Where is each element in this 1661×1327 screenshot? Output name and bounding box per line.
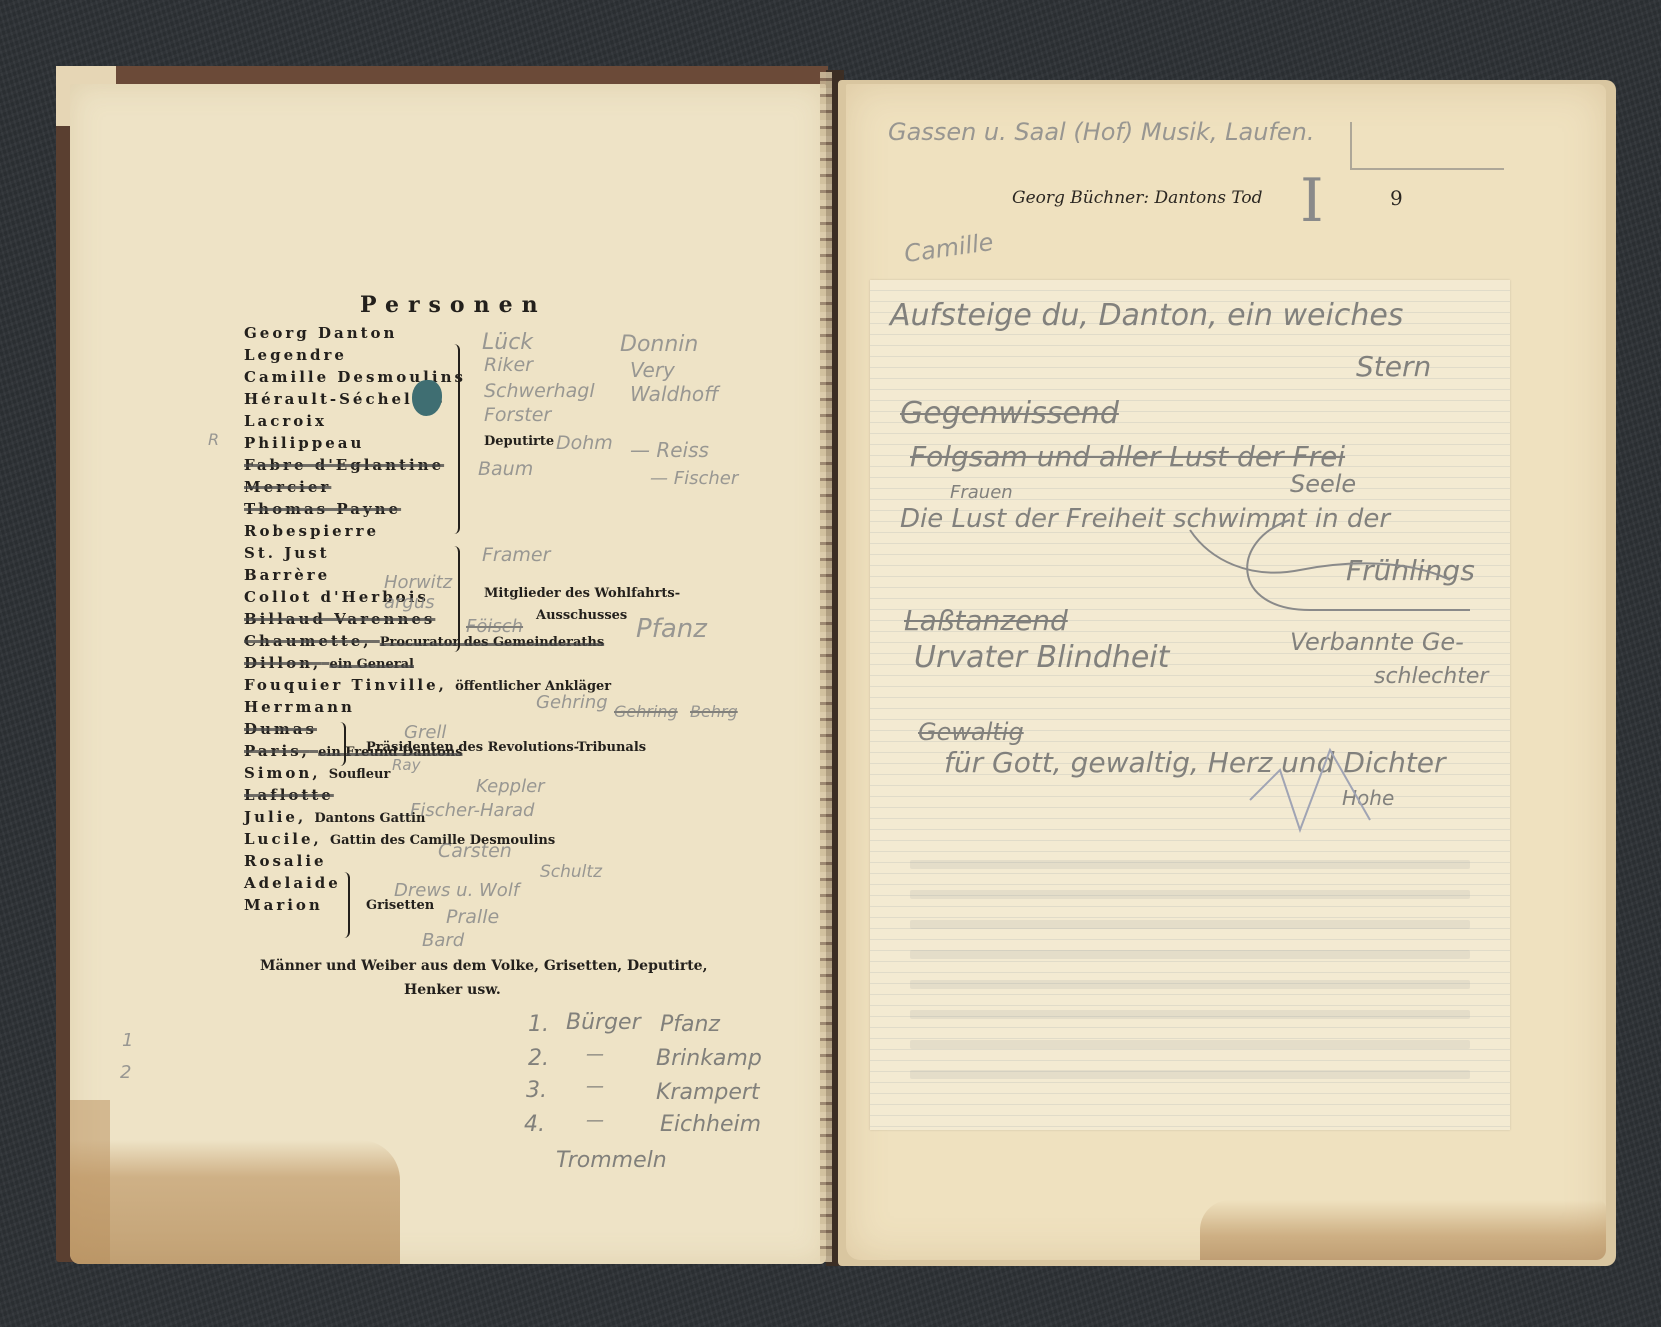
page-number: 9 — [1390, 186, 1403, 210]
pencil-note: argus — [384, 592, 435, 613]
pencil-draft-line: Seele — [1290, 470, 1356, 498]
faded-print-line — [910, 1010, 1470, 1019]
pencil-list-number: 4. — [524, 1112, 545, 1137]
cast-name: Paris, — [244, 742, 310, 760]
pencil-note: Dohm — [556, 432, 613, 454]
cast-name: Chaumette, — [244, 632, 372, 650]
running-head: Georg Büchner: Dantons Tod — [1012, 188, 1262, 208]
cast-entry: Lacroix — [244, 412, 327, 430]
pencil-top-note: Gassen u. Saal (Hof) Musik, Laufen. — [888, 118, 1314, 146]
pencil-note: Framer — [482, 544, 550, 566]
pencil-note: Carsten — [438, 840, 512, 862]
pencil-list-actor: Pfanz — [660, 1012, 720, 1037]
cast-description: Procurator des Gemeinderaths — [380, 635, 604, 650]
pencil-draft-line: Laßtanzend — [904, 604, 1068, 637]
pencil-curve-sketch — [1170, 500, 1610, 860]
cast-entry: Robespierre — [244, 522, 379, 540]
pencil-note: — Fischer — [650, 468, 738, 489]
group-label-committee: Ausschusses — [536, 608, 627, 623]
supporting-cast-line: Henker usw. — [404, 982, 501, 998]
cast-description: Dantons Gattin — [314, 811, 425, 826]
faded-print-line — [910, 860, 1470, 869]
pencil-note: Horwitz — [384, 572, 452, 593]
cast-name: Thomas Payne — [244, 500, 401, 518]
faded-print-line — [910, 890, 1470, 899]
brace-deputies — [450, 344, 460, 534]
page-title: Personen — [360, 292, 547, 318]
supporting-cast-line: Männer und Weiber aus dem Volke, Grisett… — [260, 958, 707, 974]
water-stain — [70, 1140, 400, 1264]
cast-name: Philippeau — [244, 434, 364, 452]
pencil-box-sketch — [1350, 122, 1504, 170]
faded-print-line — [910, 980, 1470, 989]
pencil-draft-line: Gewaltig — [918, 718, 1024, 746]
cast-entry: Legendre — [244, 346, 347, 364]
cast-entry: Philippeau — [244, 434, 364, 452]
spine-binding-threads — [820, 72, 832, 1262]
faded-print-line — [910, 950, 1470, 959]
cast-name: Fouquier Tinville, — [244, 676, 447, 694]
faded-print-line — [910, 920, 1470, 929]
pencil-note: Ray — [392, 756, 421, 774]
cast-entry-struck: Laflotte — [244, 786, 334, 804]
cast-entry-struck: Dillon, ein General — [244, 654, 414, 672]
pencil-note: Föisch — [466, 616, 523, 637]
pencil-note: Keppler — [476, 776, 545, 797]
cast-entry: Herrmann — [244, 698, 355, 716]
pencil-draft-line: Stern — [1356, 350, 1431, 383]
pencil-note: Donnin — [620, 332, 698, 357]
pencil-note: Pfanz — [636, 614, 707, 644]
pencil-list-role: Bürger — [566, 1010, 641, 1035]
pencil-note: Fischer-Harad — [410, 800, 534, 821]
pencil-note: Gehring — [536, 692, 608, 713]
cast-entry-struck: Chaumette, Procurator des Gemeinderaths — [244, 632, 604, 650]
brace-tribunal — [336, 722, 346, 766]
cast-entry: St. Just — [244, 544, 330, 562]
cast-name: Legendre — [244, 346, 347, 364]
pencil-note-struck: Gehring — [614, 702, 678, 721]
pencil-draft-line: Gegenwissend — [900, 396, 1119, 431]
cast-name: Barrère — [244, 566, 330, 584]
cast-name: Fabre d'Eglantine — [244, 456, 444, 474]
cast-entry-struck: Mercier — [244, 478, 331, 496]
cast-entry: Adelaide — [244, 874, 341, 892]
pencil-note: Lück — [482, 330, 533, 355]
pencil-draft-line: Frauen — [950, 482, 1013, 503]
cast-entry: Barrère — [244, 566, 330, 584]
cast-name: Herrmann — [244, 698, 355, 716]
cast-name: Julie, — [244, 808, 306, 826]
faded-print-line — [910, 1070, 1470, 1079]
cast-name: Georg Danton — [244, 324, 397, 342]
cast-entry: Simon, Soufleur — [244, 764, 390, 782]
cast-entry: Marion — [244, 896, 323, 914]
pencil-list-actor: Krampert — [656, 1080, 760, 1105]
pencil-note: Drews u. Wolf — [394, 880, 519, 901]
pencil-note: Grell — [404, 722, 446, 743]
cast-name: Marion — [244, 896, 323, 914]
brace-grisettes — [340, 872, 350, 938]
pencil-note: Bard — [422, 930, 464, 951]
pencil-list-number: 2. — [528, 1046, 549, 1071]
cast-entry-struck: Fabre d'Eglantine — [244, 456, 444, 474]
cast-description: Soufleur — [329, 767, 391, 782]
pencil-note: — Reiss — [630, 438, 709, 462]
pencil-list-actor: Eichheim — [660, 1112, 761, 1137]
water-stain — [1200, 1200, 1606, 1260]
pencil-note: Pralle — [446, 906, 499, 928]
pencil-draft-line: Urvater Blindheit — [914, 640, 1169, 675]
cast-name: St. Just — [244, 544, 330, 562]
cast-entry: Rosalie — [244, 852, 327, 870]
cast-name: Laflotte — [244, 786, 334, 804]
cast-name: Mercier — [244, 478, 331, 496]
cast-entry-struck: Thomas Payne — [244, 500, 401, 518]
left-cover-edge — [56, 66, 828, 84]
cast-name: Simon, — [244, 764, 321, 782]
faded-print-line — [910, 1040, 1470, 1049]
pencil-note: Schultz — [540, 862, 602, 882]
pencil-note: Baum — [478, 458, 533, 480]
pencil-margin-mark: R — [208, 430, 219, 449]
pencil-note: Forster — [484, 404, 551, 426]
pencil-note: Riker — [484, 354, 533, 376]
pencil-note-struck: Behrg — [690, 702, 738, 721]
pencil-list-actor: Brinkamp — [656, 1046, 762, 1071]
pencil-list-role: — — [586, 1110, 604, 1131]
cast-name: Rosalie — [244, 852, 327, 870]
pencil-list-role: — — [586, 1044, 604, 1065]
cast-name: Lucile, — [244, 830, 322, 848]
pencil-list-number: 3. — [526, 1078, 547, 1103]
pencil-margin-number: 2 — [120, 1062, 131, 1083]
pencil-note: Trommeln — [556, 1148, 667, 1173]
pencil-list-number: 1. — [528, 1012, 549, 1037]
cast-entry: Georg Danton — [244, 324, 397, 342]
pencil-list-role: — — [586, 1076, 604, 1097]
cast-description: ein General — [329, 657, 414, 672]
pencil-draft-line: Folgsam und aller Lust der Frei — [910, 440, 1345, 473]
cast-name: Adelaide — [244, 874, 341, 892]
cast-entry-struck: Dumas — [244, 720, 317, 738]
pencil-note: Waldhoff — [630, 382, 719, 406]
brace-committee — [450, 546, 460, 652]
pencil-act-numeral: I — [1300, 166, 1324, 236]
pencil-draft-line: Aufsteige du, Danton, ein weiches — [890, 298, 1403, 333]
pencil-note: Schwerhagl — [484, 380, 595, 402]
cast-name: Dillon, — [244, 654, 321, 672]
group-label-deputies: Deputirte — [484, 434, 554, 449]
cast-entry: Julie, Dantons Gattin — [244, 808, 425, 826]
cast-name: Dumas — [244, 720, 317, 738]
pencil-note: Very — [630, 358, 675, 382]
cast-name: Robespierre — [244, 522, 379, 540]
cast-name: Lacroix — [244, 412, 327, 430]
pencil-margin-number: 1 — [122, 1030, 133, 1051]
group-label-committee: Mitglieder des Wohlfahrts- — [484, 586, 680, 601]
